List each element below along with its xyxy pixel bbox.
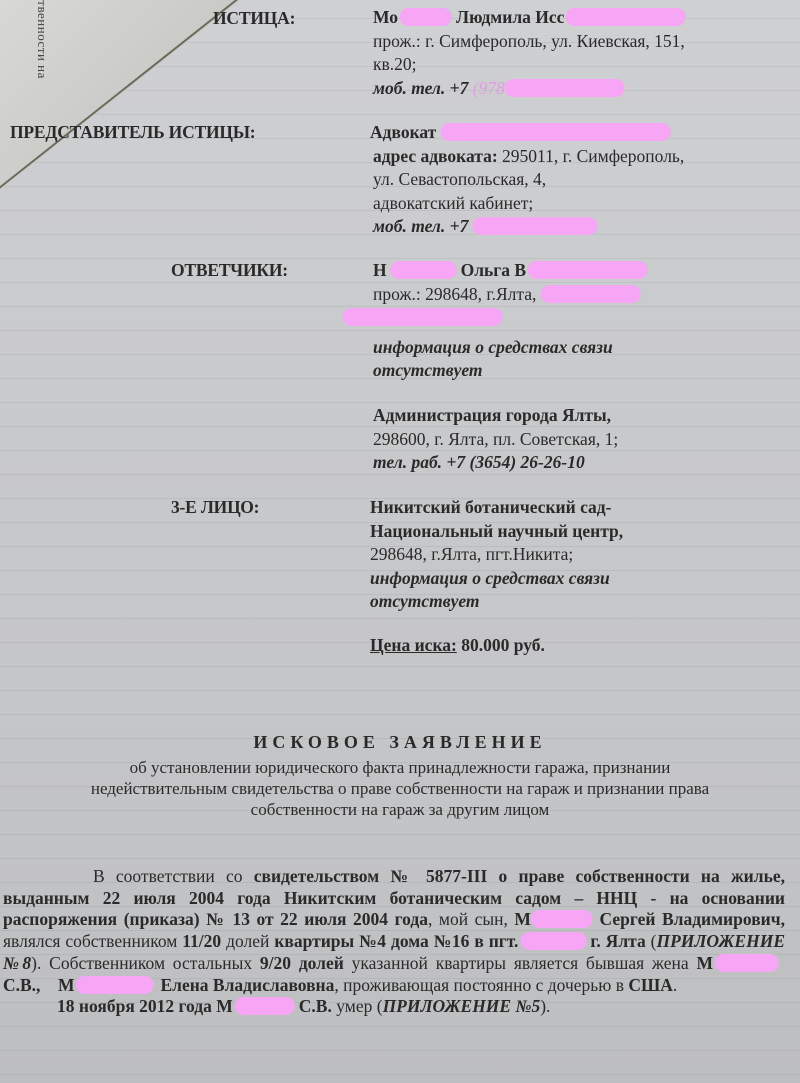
text-run: В соответствии со <box>93 866 254 886</box>
redaction-mark <box>76 976 154 994</box>
defendant-1-address: прож.: 298648, г.Ялта, <box>373 284 536 304</box>
plaintiff-phone-label: моб. тел. +7 <box>373 78 468 98</box>
redaction-mark <box>400 8 452 26</box>
third-party-label: 3-Е ЛИЦО: <box>171 497 259 518</box>
redaction-mark <box>235 997 295 1015</box>
redaction-mark <box>531 910 593 928</box>
representative-prefix: Адвокат <box>370 122 436 142</box>
defendant-2-address: 298600, г. Ялта, пл. Советская, 1; <box>373 428 618 452</box>
claim-price-value: 80.000 руб. <box>461 635 545 655</box>
defendant-1-contact-2: отсутствует <box>373 359 648 383</box>
defendant-2-block: Администрация города Ялты, 298600, г. Ял… <box>373 404 618 475</box>
redaction-mark <box>505 79 625 97</box>
defendant-1-name-mid: Ольга В <box>461 260 526 280</box>
appendix-reference: ПРИЛОЖЕНИЕ №5 <box>383 996 541 1016</box>
subtitle-line-3: собственности на гараж за другим лицом <box>0 799 800 820</box>
plaintiff-label: ИСТИЦА: <box>213 8 295 29</box>
text-run: , мой сын, <box>428 909 514 929</box>
redaction-mark <box>391 261 457 279</box>
text-run: ( <box>646 931 657 951</box>
representative-address-3: адвокатский кабинет; <box>373 192 684 216</box>
third-party-block: Никитский ботанический сад- Национальный… <box>370 496 623 657</box>
text-run: С.В., <box>3 975 40 995</box>
share-fraction: 9/20 долей <box>260 953 344 973</box>
document-title: ИСКОВОЕ ЗАЯВЛЕНИЕ <box>0 732 800 753</box>
text-run: С.В. <box>299 996 332 1016</box>
third-party-contact-2: отсутствует <box>370 590 623 614</box>
redaction-mark <box>566 8 686 26</box>
defendants-label: ОТВЕТЧИКИ: <box>171 260 288 281</box>
redaction-mark <box>541 285 641 303</box>
paragraph-2: 18 ноября 2012 года МС.В. умер (ПРИЛОЖЕН… <box>3 996 785 1018</box>
defendant-1-name-start: Н <box>373 260 387 280</box>
text-run: указанной квартиры является бывшая жена <box>344 953 697 973</box>
plaintiff-phone-code: (978 <box>473 78 505 98</box>
text-run: ). <box>540 996 550 1016</box>
ex-wife-name: Елена Владиславовна <box>160 975 334 995</box>
text-run: долей <box>221 931 274 951</box>
third-party-name-2: Национальный научный центр, <box>370 520 623 544</box>
text-run: США <box>628 975 673 995</box>
apartment-reference: квартиры №4 дома №16 в пгт. <box>274 931 518 951</box>
redaction-mark <box>343 308 503 326</box>
defendant-2-name: Администрация города Ялты, <box>373 404 618 428</box>
subtitle-line-2: недействительным свидетельства о праве с… <box>0 778 800 799</box>
share-fraction: 11/20 <box>182 931 221 951</box>
defendant-1-block: НОльга В прож.: 298648, г.Ялта, информац… <box>373 259 648 383</box>
redaction-mark <box>521 932 587 950</box>
third-party-name-1: Никитский ботанический сад- <box>370 496 623 520</box>
death-date: 18 ноября 2012 года М <box>57 996 233 1016</box>
text-run: г. Ялта <box>590 931 645 951</box>
representative-address-label: адрес адвоката: <box>373 146 498 166</box>
representative-block: Адвокат адрес адвоката: 295011, г. Симфе… <box>370 121 684 239</box>
defendant-1-contact-1: информация о средствах связи <box>373 336 648 360</box>
document-body: В соответствии со свидетельством № 5877-… <box>3 866 785 1018</box>
document-subtitle: об установлении юридического факта прина… <box>0 757 800 820</box>
text-run: М <box>58 975 75 995</box>
redaction-mark <box>528 261 648 279</box>
plaintiff-address-2: кв.20; <box>373 53 686 77</box>
redaction-mark <box>715 954 779 972</box>
plaintiff-name-mid: Людмила Исс <box>456 7 564 27</box>
defendant-2-phone: тел. раб. +7 (3654) 26-26-10 <box>373 451 618 475</box>
redaction-mark <box>441 123 671 141</box>
representative-address: 295011, г. Симферополь, <box>502 146 684 166</box>
subtitle-line-1: об установлении юридического факта прина… <box>0 757 800 778</box>
text-run: М <box>514 909 531 929</box>
text-run: умер ( <box>332 996 383 1016</box>
text-run: М <box>696 953 713 973</box>
text-run: . <box>673 975 677 995</box>
plaintiff-block: МоЛюдмила Исс прож.: г. Симферополь, ул.… <box>373 6 686 100</box>
text-run: являлся собственником <box>3 931 182 951</box>
text-run: , проживающая постоянно с дочерью в <box>334 975 628 995</box>
third-party-contact-1: информация о средствах связи <box>370 567 623 591</box>
plaintiff-name-start: Мо <box>373 7 398 27</box>
claim-price-label: Цена иска: <box>370 635 457 655</box>
representative-address-2: ул. Севастопольская, 4, <box>373 168 684 192</box>
plaintiff-address: прож.: г. Симферополь, ул. Киевская, 151… <box>373 30 686 54</box>
son-name: Сергей Владимирович, <box>600 909 785 929</box>
representative-phone-label: моб. тел. +7 <box>373 216 468 236</box>
redaction-mark <box>473 217 598 235</box>
third-party-address: 298648, г.Ялта, пгт.Никита; <box>370 543 623 567</box>
representative-label: ПРЕДСТАВИТЕЛЬ ИСТИЦЫ: <box>10 122 255 143</box>
text-run: ). Собственником остальных <box>31 953 260 973</box>
paragraph-1: В соответствии со свидетельством № 5877-… <box>3 866 785 996</box>
document-photo: ственности на ИСТИЦА: МоЛюдмила Исс прож… <box>0 0 800 1083</box>
fold-text: ственности на <box>34 0 50 79</box>
